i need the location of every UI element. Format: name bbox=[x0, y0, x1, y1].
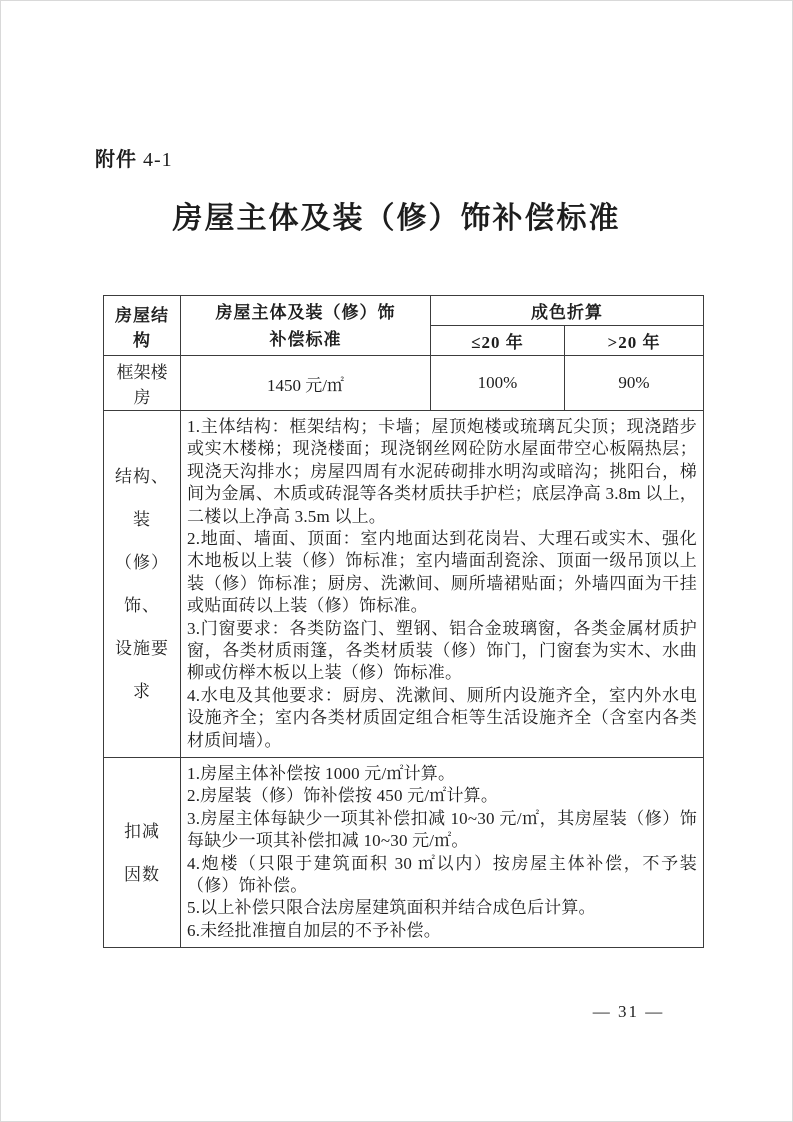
header-gt20: >20 年 bbox=[565, 326, 704, 356]
frame-standard-value: 1450 元/㎡ bbox=[181, 356, 431, 411]
table-row-frame-building: 框架楼房 1450 元/㎡ 100% 90% bbox=[104, 356, 704, 411]
deductions-label-line1: 扣减 bbox=[110, 810, 174, 853]
table-row-deductions: 扣减 因数 1.房屋主体补偿按 1000 元/㎡计算。 2.房屋装（修）饰补偿按… bbox=[104, 758, 704, 948]
page-title: 房屋主体及装（修）饰补偿标准 bbox=[0, 193, 793, 237]
deduction-item: 6.未经批准擅自加层的不予补偿。 bbox=[187, 920, 697, 942]
requirements-content: 1.主体结构：框架结构；卡墙；屋顶炮楼或琉璃瓦尖顶；现浇踏步或实木楼梯；现浇楼面… bbox=[181, 411, 704, 758]
deductions-label-line2: 因数 bbox=[110, 853, 174, 896]
deduction-item: 3.房屋主体每缺少一项其补偿扣减 10~30 元/㎡，其房屋装（修）饰每缺少一项… bbox=[187, 808, 697, 853]
requirement-item: 1.主体结构：框架结构；卡墙；屋顶炮楼或琉璃瓦尖顶；现浇踏步或实木楼梯；现浇楼面… bbox=[187, 416, 697, 528]
header-row-1: 房屋结构 房屋主体及装（修）饰 补偿标准 成色折算 bbox=[104, 296, 704, 326]
compensation-table: 房屋结构 房屋主体及装（修）饰 补偿标准 成色折算 ≤20 年 >20 年 框架… bbox=[103, 295, 704, 948]
requirements-label-line2: （修）饰、 bbox=[110, 541, 174, 627]
header-standard-line1: 房屋主体及装（修）饰 bbox=[187, 299, 424, 326]
frame-le20-value: 100% bbox=[431, 356, 565, 411]
header-standard: 房屋主体及装（修）饰 补偿标准 bbox=[181, 296, 431, 356]
requirements-label-line3: 设施要求 bbox=[110, 627, 174, 713]
requirements-label-line1: 结构、装 bbox=[110, 455, 174, 541]
deduction-item: 4.炮楼（只限于建筑面积 30 ㎡以内）按房屋主体补偿，不予装（修）饰补偿。 bbox=[187, 853, 697, 898]
deduction-item: 1.房屋主体补偿按 1000 元/㎡计算。 bbox=[187, 763, 697, 785]
header-discount: 成色折算 bbox=[431, 296, 704, 326]
attachment-prefix: 附件 bbox=[95, 149, 137, 171]
header-le20: ≤20 年 bbox=[431, 326, 565, 356]
header-structure: 房屋结构 bbox=[104, 296, 181, 356]
deductions-content: 1.房屋主体补偿按 1000 元/㎡计算。 2.房屋装（修）饰补偿按 450 元… bbox=[181, 758, 704, 948]
header-standard-line2: 补偿标准 bbox=[187, 326, 424, 353]
requirement-item: 2.地面、墙面、顶面：室内地面达到花岗岩、大理石或实木、强化木地板以上装（修）饰… bbox=[187, 528, 697, 618]
requirements-label: 结构、装 （修）饰、 设施要求 bbox=[104, 411, 181, 758]
page-number: — 31 — bbox=[0, 1002, 793, 1022]
requirement-item: 4.水电及其他要求：厨房、洗漱间、厕所内设施齐全，室内外水电设施齐全；室内各类材… bbox=[187, 685, 697, 752]
attachment-number: 4-1 bbox=[143, 149, 173, 171]
deduction-item: 2.房屋装（修）饰补偿按 450 元/㎡计算。 bbox=[187, 785, 697, 807]
page-number-text: — 31 — bbox=[593, 1002, 665, 1022]
deduction-item: 5.以上补偿只限合法房屋建筑面积并结合成色后计算。 bbox=[187, 897, 697, 919]
frame-structure-value: 框架楼房 bbox=[104, 356, 181, 411]
deductions-label: 扣减 因数 bbox=[104, 758, 181, 948]
attachment-label: 附件 4-1 bbox=[95, 143, 173, 172]
table-row-requirements: 结构、装 （修）饰、 设施要求 1.主体结构：框架结构；卡墙；屋顶炮楼或琉璃瓦尖… bbox=[104, 411, 704, 758]
requirement-item: 3.门窗要求：各类防盗门、塑钢、铝合金玻璃窗，各类金属材质护窗，各类材质雨篷，各… bbox=[187, 618, 697, 685]
frame-gt20-value: 90% bbox=[565, 356, 704, 411]
document-page: { "page": { "attachment_prefix": "附件", "… bbox=[0, 0, 793, 1122]
